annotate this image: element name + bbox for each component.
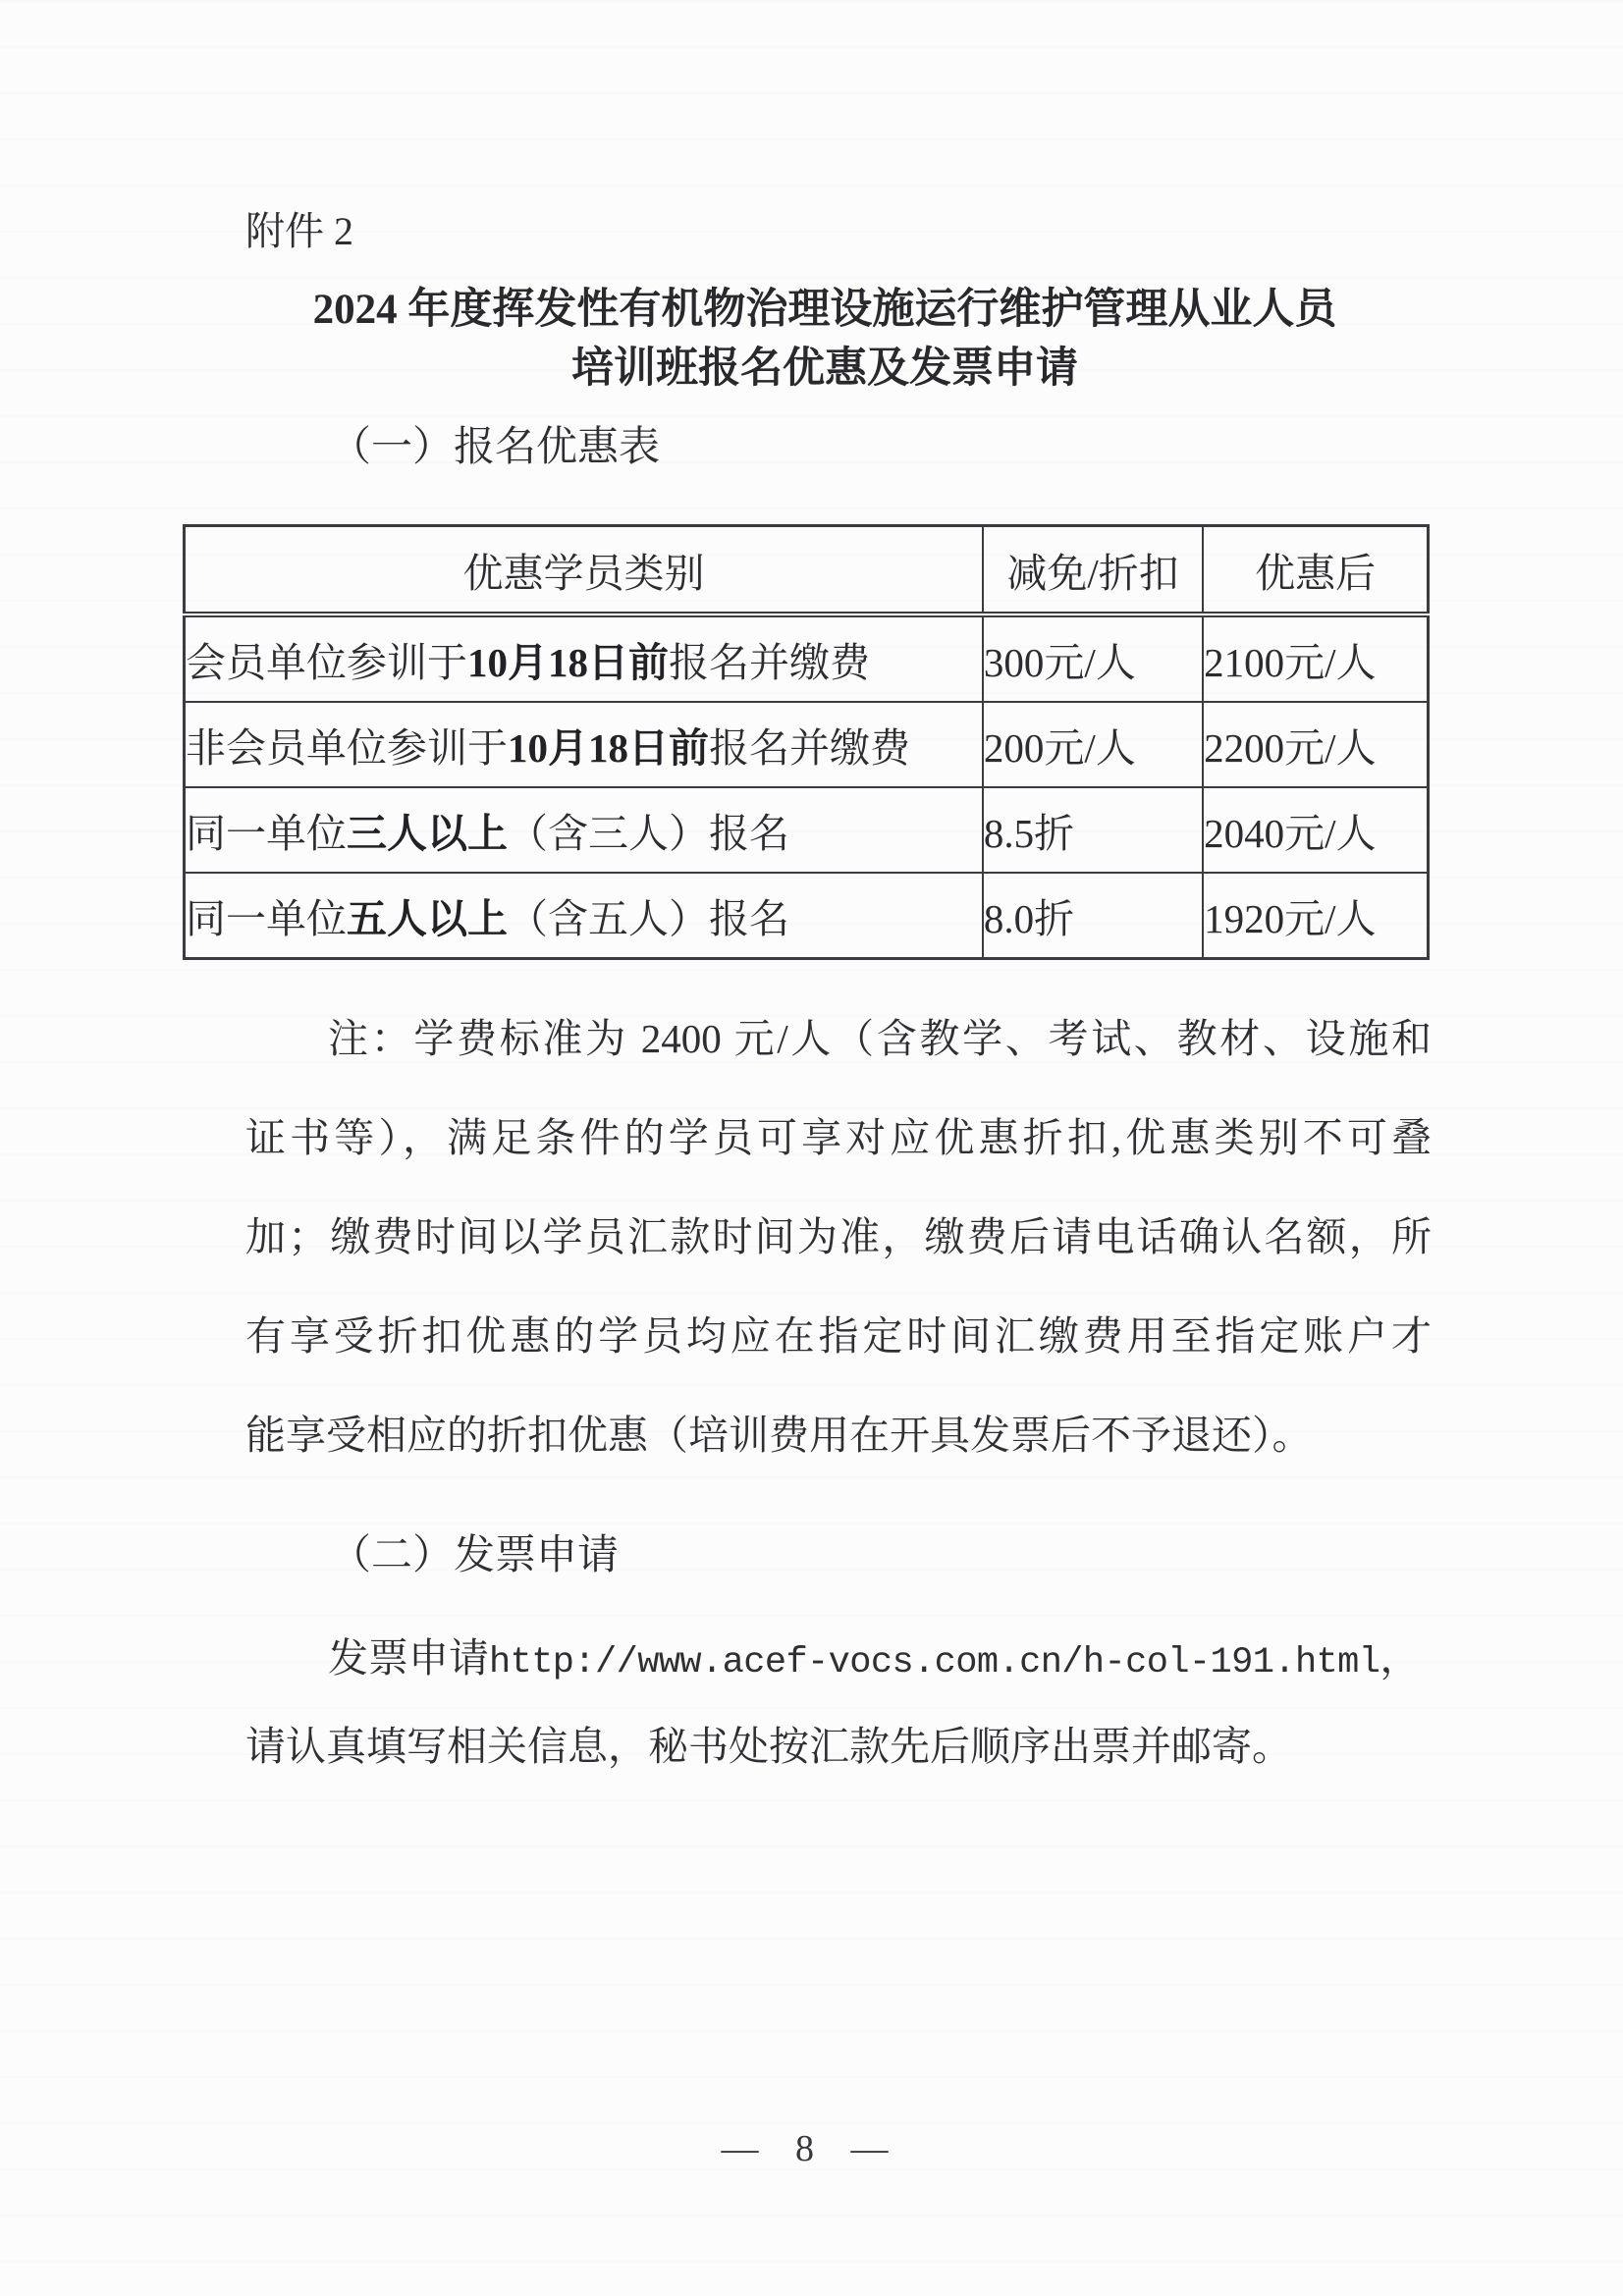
invoice-line-1-comma: ， (1380, 1635, 1420, 1681)
col-header-price-after: 优惠后 (1203, 526, 1428, 615)
price-after-cell: 2200元/人 (1203, 702, 1428, 787)
note-line: 能享受相应的折扣优惠（培训费用在开具发票后不予退还）。 (245, 1386, 1432, 1485)
category-text: 会员单位参训于 (186, 640, 467, 685)
page-number: — 8 — (0, 2127, 1623, 2170)
category-bold-text: 三人以上 (347, 811, 508, 856)
section-1-heading: （一）报名优惠表 (245, 420, 1432, 475)
table-row: 同一单位三人以上（含三人）报名 8.5折 2040元/人 (185, 787, 1429, 873)
note-line: 有享受折扣优惠的学员均应在指定时间汇缴费用至指定账户才 (245, 1287, 1432, 1386)
note-line: 注：学费标准为 2400 元/人（含教学、考试、教材、设施和 (245, 989, 1432, 1089)
invoice-paragraph: 发票申请http://www.acef-vocs.com.cn/h-col-19… (245, 1617, 1432, 1789)
category-text: 非会员单位参训于 (186, 725, 508, 771)
discount-cell: 200元/人 (983, 702, 1203, 787)
invoice-url: http://www.acef-vocs.com.cn/h-col-191.ht… (489, 1642, 1380, 1683)
category-bold-text: 10月18日前 (508, 725, 709, 771)
category-text: （含五人）报名 (508, 896, 789, 941)
invoice-line-2: 请认真填写相关信息，秘书处按汇款先后顺序出票并邮寄。 (245, 1705, 1432, 1789)
category-cell: 同一单位五人以上（含五人）报名 (185, 873, 983, 959)
category-text: 同一单位 (186, 896, 347, 941)
col-header-category: 优惠学员类别 (185, 526, 983, 615)
col-header-discount: 减免/折扣 (983, 526, 1203, 615)
category-text: （含三人）报名 (508, 811, 789, 856)
table-row: 会员单位参训于10月18日前报名并缴费 300元/人 2100元/人 (185, 614, 1429, 702)
document-page: 附件 2 2024 年度挥发性有机物治理设施运行维护管理从业人员 培训班报名优惠… (0, 0, 1623, 2296)
attachment-label: 附件 2 (245, 208, 1432, 255)
title-line-2: 培训班报名优惠及发票申请 (183, 340, 1467, 399)
category-cell: 同一单位三人以上（含三人）报名 (185, 787, 983, 873)
category-cell: 非会员单位参训于10月18日前报名并缴费 (185, 702, 983, 787)
category-text: 报名并缴费 (669, 640, 870, 685)
note-paragraph: 注：学费标准为 2400 元/人（含教学、考试、教材、设施和 证书等），满足条件… (245, 989, 1432, 1485)
section-2-heading: （二）发票申请 (245, 1528, 1432, 1583)
document-title: 2024 年度挥发性有机物治理设施运行维护管理从业人员 培训班报名优惠及发票申请 (183, 281, 1467, 399)
title-line-1: 2024 年度挥发性有机物治理设施运行维护管理从业人员 (183, 281, 1467, 340)
price-after-cell: 2040元/人 (1203, 787, 1428, 873)
category-text: 报名并缴费 (709, 725, 910, 771)
price-after-cell: 2100元/人 (1203, 614, 1428, 702)
category-bold-text: 五人以上 (347, 896, 508, 941)
category-cell: 会员单位参训于10月18日前报名并缴费 (185, 614, 983, 702)
discount-cell: 300元/人 (983, 614, 1203, 702)
note-line: 加；缴费时间以学员汇款时间为准，缴费后请电话确认名额，所 (245, 1188, 1432, 1287)
invoice-line-1: 发票申请http://www.acef-vocs.com.cn/h-col-19… (245, 1617, 1432, 1705)
table-header-row: 优惠学员类别 减免/折扣 优惠后 (185, 526, 1429, 615)
invoice-line-1-text: 发票申请 (328, 1635, 489, 1681)
discount-cell: 8.5折 (983, 787, 1203, 873)
discount-cell: 8.0折 (983, 873, 1203, 959)
category-text: 同一单位 (186, 811, 347, 856)
table-row: 非会员单位参训于10月18日前报名并缴费 200元/人 2200元/人 (185, 702, 1429, 787)
price-after-cell: 1920元/人 (1203, 873, 1428, 959)
category-bold-text: 10月18日前 (467, 640, 669, 685)
table-row: 同一单位五人以上（含五人）报名 8.0折 1920元/人 (185, 873, 1429, 959)
note-line: 证书等），满足条件的学员可享对应优惠折扣,优惠类别不可叠 (245, 1089, 1432, 1188)
discount-table: 优惠学员类别 减免/折扣 优惠后 会员单位参训于10月18日前报名并缴费 300… (183, 524, 1430, 960)
